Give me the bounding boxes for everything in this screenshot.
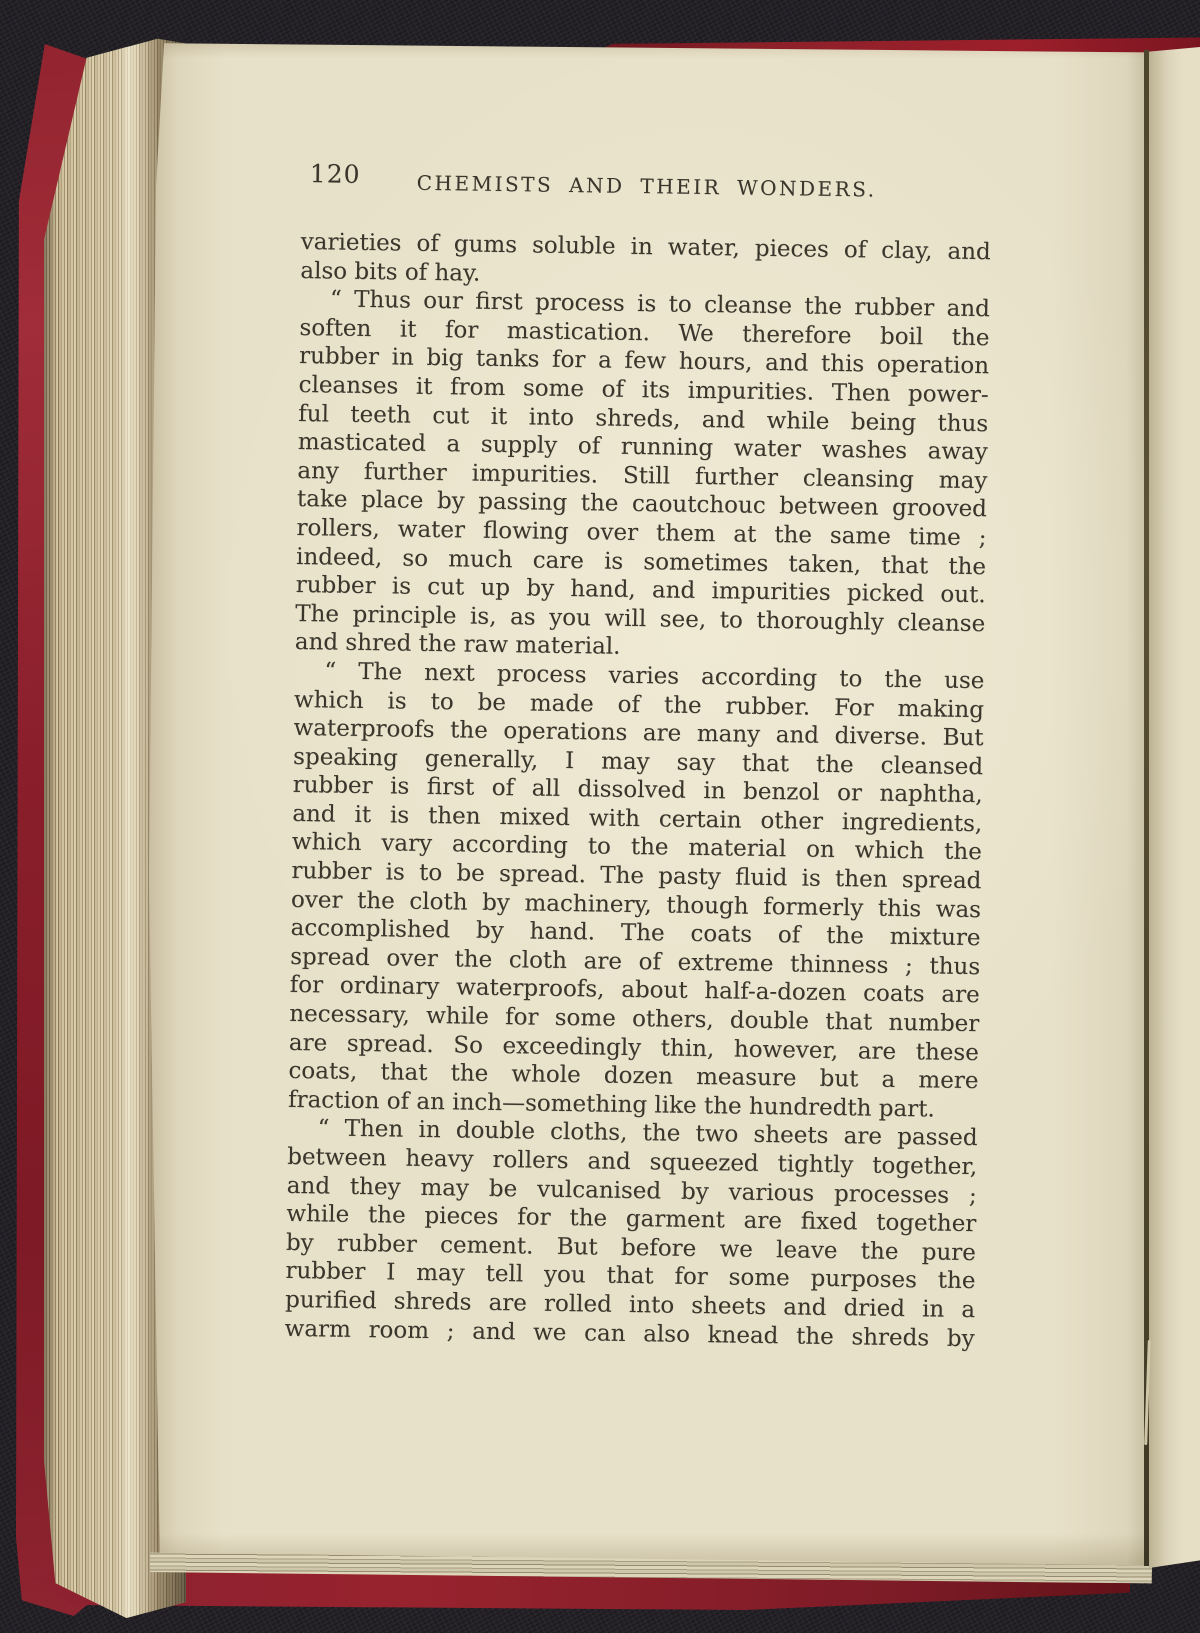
facing-page-sliver bbox=[1149, 44, 1200, 1568]
paragraph: varieties of gums soluble in water, piec… bbox=[300, 228, 991, 295]
paragraph: “ Thus our first process is to cleanse t… bbox=[295, 285, 990, 667]
page-header: 120 CHEMISTS AND THEIR WONDERS. bbox=[301, 160, 992, 214]
book-photo: 120 CHEMISTS AND THEIR WONDERS. varietie… bbox=[0, 0, 1200, 1633]
paragraph: “ The next process varies according to t… bbox=[288, 657, 985, 1125]
page-text: varieties of gums soluble in water, piec… bbox=[284, 228, 990, 1353]
gutter-fold-line bbox=[1144, 50, 1149, 1566]
paragraph: “ Then in double cloths, the two sheets … bbox=[284, 1114, 977, 1353]
page-content: 120 CHEMISTS AND THEIR WONDERS. varietie… bbox=[284, 160, 991, 1353]
page-number: 120 bbox=[310, 160, 361, 189]
